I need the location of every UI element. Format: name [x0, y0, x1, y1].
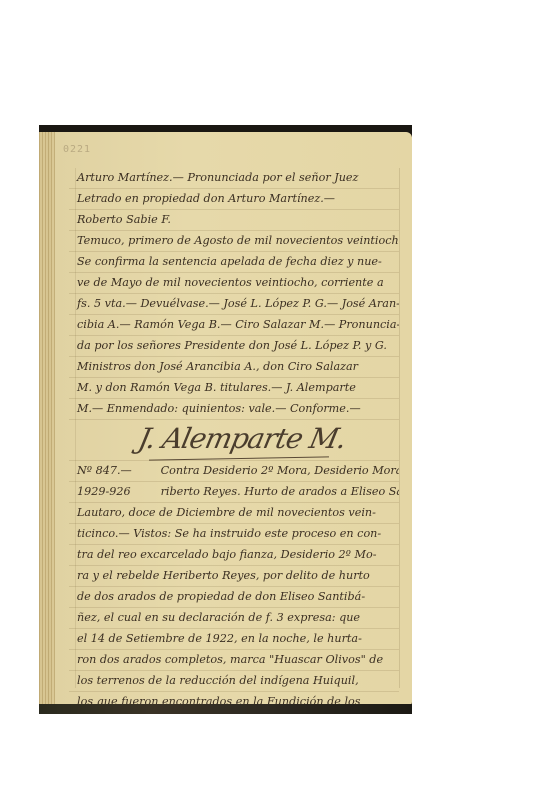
entry-year-ref: 1929-926 — [77, 482, 157, 501]
ledger-page: 0221 Arturo Martínez.— Pronunciada por e… — [39, 132, 412, 706]
handwritten-text-block: Arturo Martínez.— Pronunciada por el señ… — [69, 168, 399, 714]
text-line: ticinco.— Vistos: Se ha instruido este p… — [69, 524, 399, 545]
folio-stamp: 0221 — [63, 144, 91, 155]
entry-heading: riberto Reyes. Hurto de arados a Eliseo … — [161, 485, 399, 498]
page-stack-edge — [39, 132, 55, 706]
text-line: tra del reo excarcelado bajo fianza, Des… — [69, 545, 399, 566]
text-line: Roberto Sabie F. — [69, 210, 399, 231]
text-line: los terrenos de la reducción del indígen… — [69, 671, 399, 692]
text-line: ñez, el cual en su declaración de f. 3 e… — [69, 608, 399, 629]
text-line: da por los señores Presidente don José L… — [69, 336, 399, 357]
ledger-bottom-edge — [39, 704, 412, 714]
signature: J. Alemparte M. — [135, 422, 348, 455]
text-line: ve de Mayo de mil novecientos veintiocho… — [69, 273, 399, 294]
entry-header-line: 1929-926 riberto Reyes. Hurto de arados … — [69, 482, 399, 503]
scanned-ledger-photo: 0221 Arturo Martínez.— Pronunciada por e… — [39, 125, 412, 714]
text-line: Ministros don José Arancibia A., don Cir… — [69, 357, 399, 378]
text-line: fs. 5 vta.— Devuélvase.— José L. López P… — [69, 294, 399, 315]
text-line: M.— Enmendado: quinientos: vale.— Confor… — [69, 399, 399, 420]
right-margin-rule — [399, 168, 400, 688]
text-line: Se confirma la sentencia apelada de fech… — [69, 252, 399, 273]
text-line: ron dos arados completos, marca "Huascar… — [69, 650, 399, 671]
text-line: M. y don Ramón Vega B. titulares.— J. Al… — [69, 378, 399, 399]
signature-row: J. Alemparte M. — [69, 420, 399, 461]
text-line: de dos arados de propiedad de don Eliseo… — [69, 587, 399, 608]
text-line: Lautaro, doce de Diciembre de mil noveci… — [69, 503, 399, 524]
text-line: Arturo Martínez.— Pronunciada por el señ… — [69, 168, 399, 189]
text-line: cibia A.— Ramón Vega B.— Ciro Salazar M.… — [69, 315, 399, 336]
text-line: Temuco, primero de Agosto de mil novecie… — [69, 231, 399, 252]
signature-underline — [149, 456, 329, 460]
entry-heading: Contra Desiderio 2º Mora, Desiderio Mora… — [161, 464, 399, 477]
text-line: el 14 de Setiembre de 1922, en la noche,… — [69, 629, 399, 650]
text-line: ra y el rebelde Heriberto Reyes, por del… — [69, 566, 399, 587]
entry-header-line: Nº 847.— Contra Desiderio 2º Mora, Desid… — [69, 461, 399, 482]
entry-number: Nº 847.— — [77, 461, 157, 480]
text-line: Letrado en propiedad don Arturo Martínez… — [69, 189, 399, 210]
